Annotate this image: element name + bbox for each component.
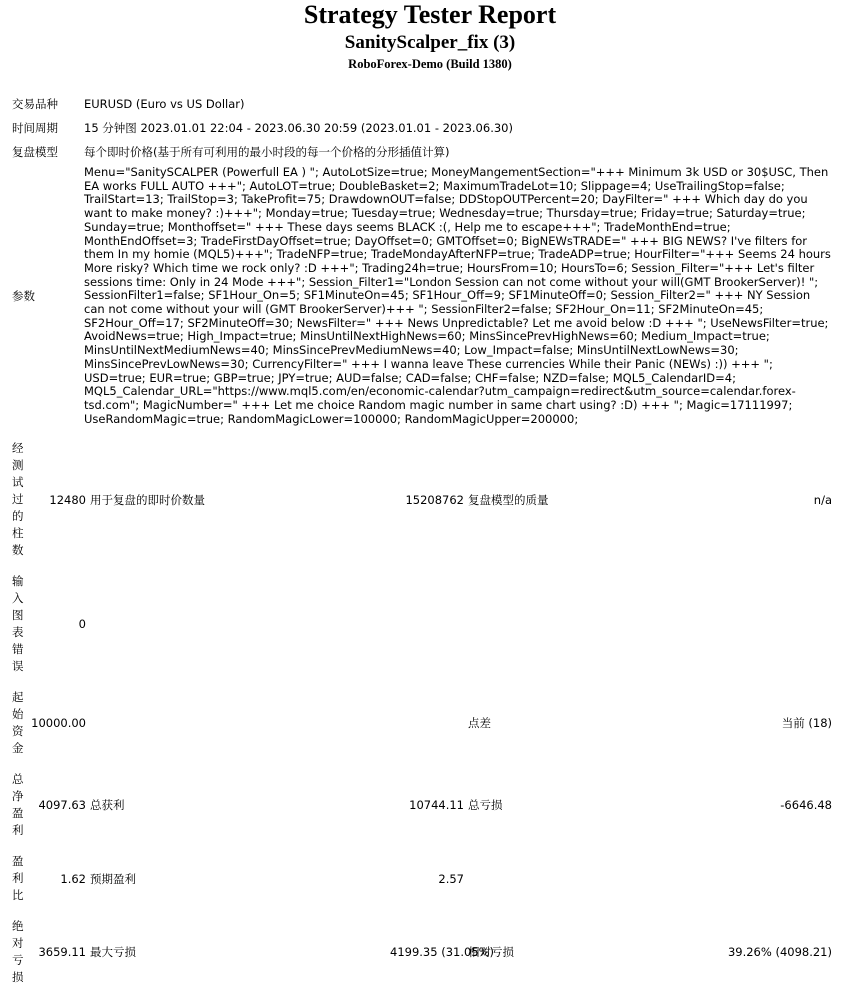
initial-deposit-label: 起始资金 <box>10 687 28 759</box>
report-table: 交易品种 EURUSD (Euro vs US Dollar) 时间周期 15 … <box>10 92 834 428</box>
ea-name: SanityScalper_fix (3) <box>0 30 860 56</box>
expected-payoff-value: 2.57 <box>388 851 466 906</box>
model-value: 每个即时价格(基于所有可利用的最小时段的每一个价格的分形插值计算) <box>82 140 834 164</box>
report-title: Strategy Tester Report <box>0 0 860 30</box>
symbol-row: 交易品种 EURUSD (Euro vs US Dollar) <box>10 92 834 116</box>
parameters-value: Menu="SanitySCALPER (Powerfull EA ) "; A… <box>82 164 834 428</box>
modelling-quality-value: n/a <box>626 438 834 561</box>
bars-row: 经测试过的柱数 12480 用于复盘的即时价数量 15208762 复盘模型的质… <box>10 438 834 561</box>
expected-payoff-label: 预期盈利 <box>88 851 388 906</box>
profit-factor-label: 盈利比 <box>10 851 28 906</box>
profit-factor-value: 1.62 <box>28 851 88 906</box>
initial-deposit-value: 10000.00 <box>28 687 88 759</box>
mismatched-row: 输入图表错误 0 <box>10 571 834 677</box>
absolute-drawdown-label: 绝对亏损 <box>10 916 28 929</box>
absolute-drawdown-value: 3659.11 <box>28 916 88 929</box>
ticks-modelled-value: 15208762 <box>388 438 466 561</box>
model-label: 复盘模型 <box>10 140 82 164</box>
profit-row: 总净盈利 4097.63 总获利 10744.11 总亏损 -6646.48 <box>10 769 834 841</box>
period-value: 15 分钟图 2023.01.01 22:04 - 2023.06.30 20:… <box>82 116 834 140</box>
period-row: 时间周期 15 分钟图 2023.01.01 22:04 - 2023.06.3… <box>10 116 834 140</box>
total-net-profit-label: 总净盈利 <box>10 769 28 841</box>
bars-tested-label: 经测试过的柱数 <box>10 438 28 561</box>
symbol-label: 交易品种 <box>10 92 82 116</box>
deposit-row: 起始资金 10000.00 点差 当前 (18) <box>10 687 834 759</box>
mismatched-errors-label: 输入图表错误 <box>10 571 28 677</box>
parameters-row: 参数 Menu="SanitySCALPER (Powerfull EA ) "… <box>10 164 834 428</box>
bars-tested-value: 12480 <box>28 438 88 561</box>
mismatched-errors-value: 0 <box>28 571 88 677</box>
gross-profit-value: 10744.11 <box>388 769 466 841</box>
stats-table: 经测试过的柱数 12480 用于复盘的即时价数量 15208762 复盘模型的质… <box>10 438 834 929</box>
report-header: Strategy Tester Report SanityScalper_fix… <box>0 0 860 72</box>
server-build: RoboForex-Demo (Build 1380) <box>0 56 860 72</box>
relative-drawdown-label: 相对亏损 <box>466 916 626 929</box>
model-row: 复盘模型 每个即时价格(基于所有可利用的最小时段的每一个价格的分形插值计算) <box>10 140 834 164</box>
factor-row: 盈利比 1.62 预期盈利 2.57 <box>10 851 834 906</box>
spread-value: 当前 (18) <box>626 687 834 759</box>
spread-label: 点差 <box>466 687 626 759</box>
drawdown-row: 绝对亏损 3659.11 最大亏损 4199.35 (31.05%) 相对亏损 … <box>10 916 834 929</box>
period-label: 时间周期 <box>10 116 82 140</box>
gross-profit-label: 总获利 <box>88 769 388 841</box>
parameters-label: 参数 <box>10 164 82 428</box>
maximal-drawdown-value: 4199.35 (31.05%) <box>388 916 466 929</box>
ticks-modelled-label: 用于复盘的即时价数量 <box>88 438 388 561</box>
gross-loss-label: 总亏损 <box>466 769 626 841</box>
symbol-value: EURUSD (Euro vs US Dollar) <box>82 92 834 116</box>
total-net-profit-value: 4097.63 <box>28 769 88 841</box>
modelling-quality-label: 复盘模型的质量 <box>466 438 626 561</box>
gross-loss-value: -6646.48 <box>626 769 834 841</box>
maximal-drawdown-label: 最大亏损 <box>88 916 388 929</box>
relative-drawdown-value: 39.26% (4098.21) <box>626 916 834 929</box>
